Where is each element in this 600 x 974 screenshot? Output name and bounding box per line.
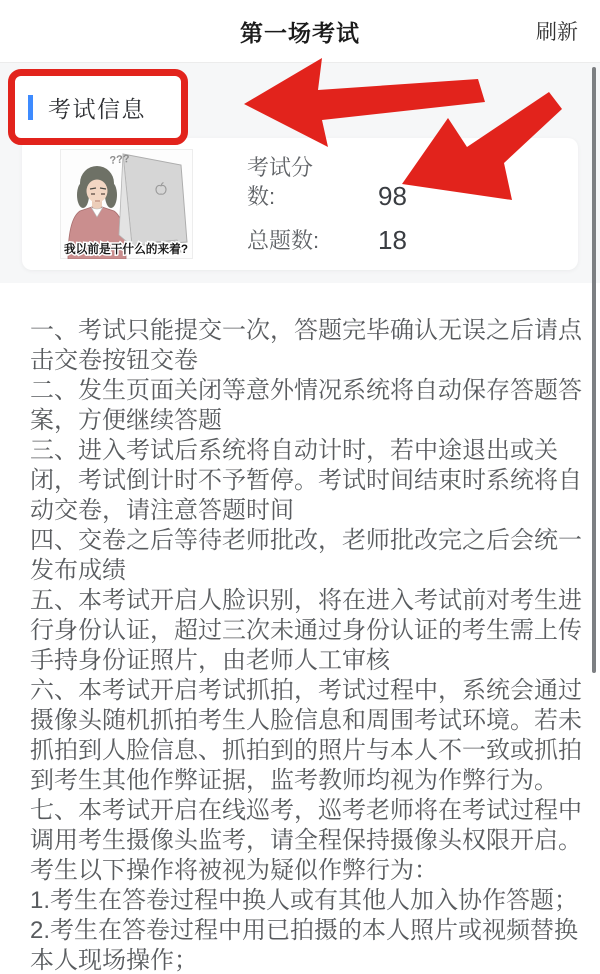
total-questions-value: 18 xyxy=(378,226,407,255)
annotation-highlight-box: 考试信息 xyxy=(8,69,188,145)
exam-rule: 五、本考试开启人脸识别，将在进入考试前对考生进行身份认证，超过三次未通过身份认证… xyxy=(30,586,590,676)
exam-rule: 2.考生在答卷过程中用已拍摄的本人照片或视频替换本人现场操作； xyxy=(30,916,590,974)
exam-rule: 考生以下操作将被视为疑似作弊行为： xyxy=(30,856,590,886)
score-row: 考试分数: 98 xyxy=(247,153,407,211)
nav-bar: 第一场考试 刷新 xyxy=(0,0,600,63)
exam-rule: 1.考生在答卷过程中换人或有其他人加入协作答题； xyxy=(30,886,590,916)
meme-monitor xyxy=(123,154,187,246)
exam-rule: 四、交卷之后等待老师批改，老师批改完之后会统一发布成绩 xyxy=(30,526,590,586)
total-questions-row: 总题数: 18 xyxy=(247,226,407,255)
exam-rule: 二、发生页面关闭等意外情况系统将自动保存答题答案，方便继续答题 xyxy=(30,376,590,436)
exam-info-card: ??? 我以前是干什么的来着? 考试分数: 98 总题数: 18 xyxy=(22,138,578,270)
page-title: 第一场考试 xyxy=(240,15,360,48)
meme-caption: 我以前是干什么的来着? xyxy=(64,241,188,256)
meme-question-marks: ??? xyxy=(109,153,131,167)
refresh-button[interactable]: 刷新 xyxy=(536,0,578,62)
section-title: 考试信息 xyxy=(48,91,146,124)
exam-stats: 考试分数: 98 总题数: 18 xyxy=(247,153,407,255)
exam-rule: 六、本考试开启考试抓拍，考试过程中，系统会通过摄像头随机抓拍考生人脸信息和周围考… xyxy=(30,676,590,796)
scrollbar-thumb[interactable] xyxy=(592,67,596,673)
total-questions-label: 总题数: xyxy=(247,226,327,255)
exam-rules: 一、考试只能提交一次，答题完毕确认无误之后请点击交卷按钮交卷 二、发生页面关闭等… xyxy=(0,283,600,974)
exam-cover-image: ??? 我以前是干什么的来着? xyxy=(60,149,193,259)
section-accent-bar xyxy=(28,95,33,120)
score-label: 考试分数: xyxy=(247,153,327,211)
exam-info-section: 考试信息 ??? 我以前是干什么的来着? xyxy=(0,63,600,283)
score-value: 98 xyxy=(378,182,407,211)
exam-rule: 七、本考试开启在线巡考，巡考老师将在考试过程中调用考生摄像头监考，请全程保持摄像… xyxy=(30,796,590,856)
exam-rule: 一、考试只能提交一次，答题完毕确认无误之后请点击交卷按钮交卷 xyxy=(30,316,590,376)
meme-woman-face xyxy=(87,180,108,203)
exam-rule: 三、进入考试后系统将自动计时，若中途退出或关闭，考试倒计时不予暂停。考试时间结束… xyxy=(30,436,590,526)
